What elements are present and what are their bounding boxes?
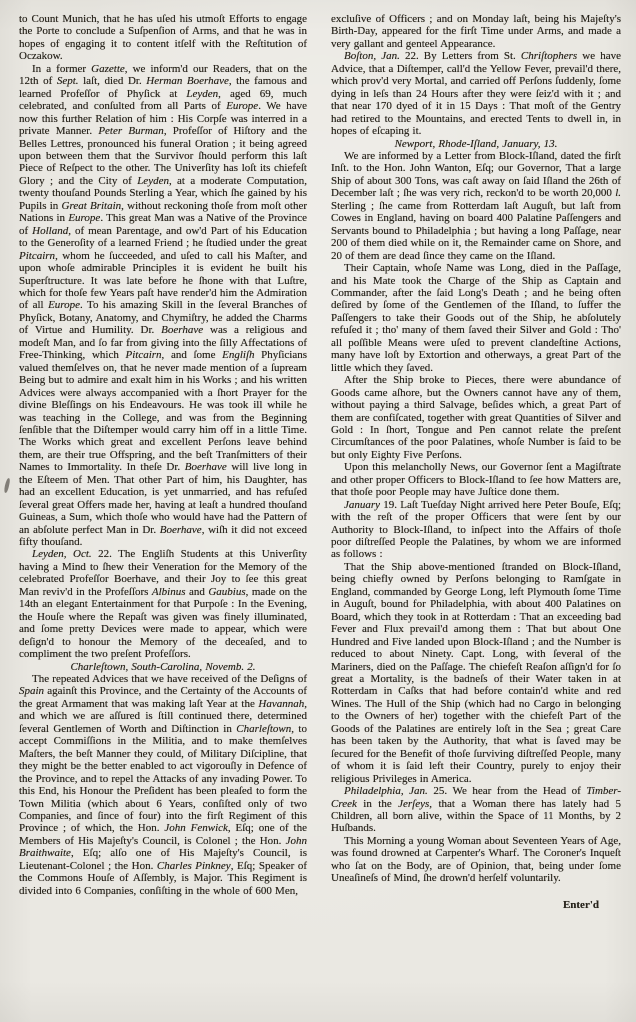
charlestown-militia-paragraph: The repeated Advices that we have receiv…	[19, 673, 307, 897]
peter-bouse-arrival-paragraph: January 19. Laſt Tueſday Night arrived h…	[331, 499, 621, 561]
ink-smudge	[3, 478, 10, 494]
palatines-account-paragraph: That the Ship above-mentioned ſtranded o…	[331, 561, 621, 785]
block-island-ship-paragraph: We are informed by a Letter from Block-I…	[331, 150, 621, 262]
officers-continuation-paragraph: excluſive of Officers ; and on Monday la…	[331, 13, 621, 50]
boerhave-obituary-paragraph: In a former Gazette, we inform'd our Rea…	[19, 63, 307, 549]
boston-news-paragraph: Boſton, Jan. 22. By Letters from St. Chr…	[331, 50, 621, 137]
left-column: to Count Munich, that he has uſed his ut…	[19, 13, 307, 1022]
governor-magistrate-paragraph: Upon this melancholly News, our Governor…	[331, 461, 621, 498]
newspaper-page: to Count Munich, that he has uſed his ut…	[0, 0, 636, 1022]
newport-dateline: Newport, Rhode-Iſland, January, 13.	[331, 138, 621, 150]
right-column: excluſive of Officers ; and on Monday la…	[331, 13, 621, 1022]
charlestown-dateline: Charleſtown, South-Carolina, Novemb. 2.	[19, 661, 307, 673]
leyden-news-paragraph: Leyden, Oct. 22. The Engliſh Students at…	[19, 548, 307, 660]
philadelphia-news-paragraph: Philadelphia, Jan. 25. We hear from the …	[331, 785, 621, 835]
captain-long-paragraph: Their Captain, whoſe Name was Long, died…	[331, 262, 621, 374]
ship-wreck-goods-paragraph: After the Ship broke to Pieces, there we…	[331, 374, 621, 461]
drowned-woman-paragraph: This Morning a young Woman about Sevente…	[331, 835, 621, 885]
catchword: Enter'd	[331, 899, 621, 911]
opening-continuation-paragraph: to Count Munich, that he has uſed his ut…	[19, 13, 307, 63]
